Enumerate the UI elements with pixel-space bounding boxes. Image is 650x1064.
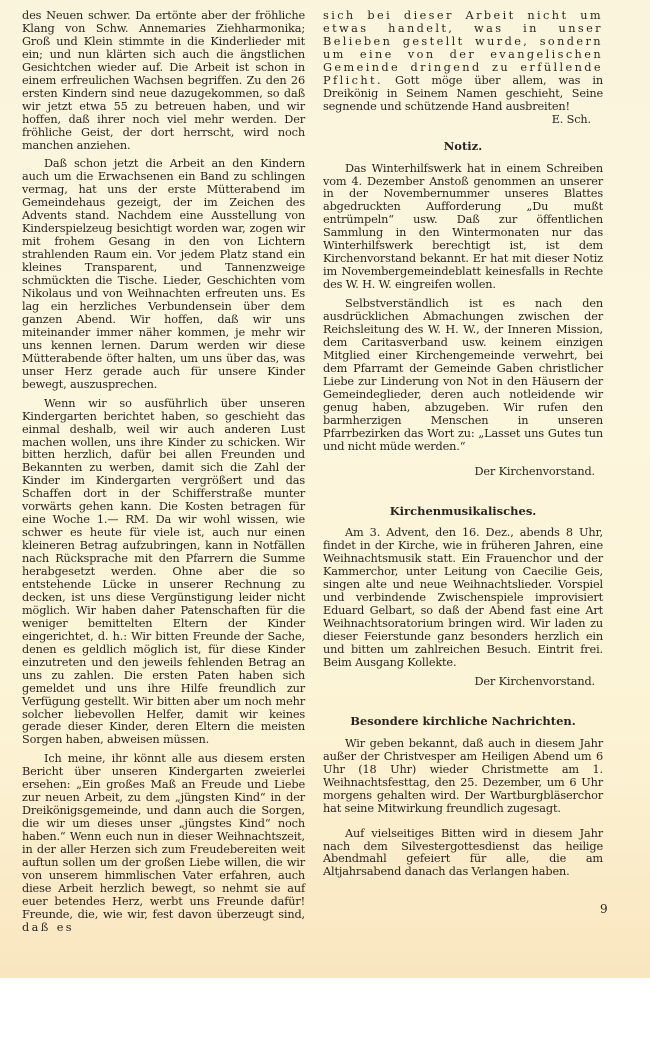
author-signature: E. Sch. (552, 114, 603, 127)
paragraph-kindergarten-costs: Wenn wir so ausführlich über unseren Kin… (22, 398, 305, 748)
left-column: des Neuen schwer. Da ertönte aber der fr… (22, 10, 305, 935)
section-heading: Kirchenmusikalisches. (323, 505, 603, 518)
paragraph-continuation: sich bei dieser Arbeit nicht um etwas ha… (323, 10, 603, 114)
section-paragraph: Selbstverständlich ist es nach den ausdr… (323, 298, 603, 453)
section-notiz: Notiz. Das Winterhilfswerk hat in einem … (323, 140, 603, 479)
appeal-text: Ich meine, ihr könnt alle aus diesem ers… (22, 752, 305, 920)
section-heading: Besondere kirchliche Nachrichten. (323, 715, 603, 728)
paragraph-appeal: Ich meine, ihr könnt alle aus diesem ers… (22, 753, 305, 934)
newsletter-page: des Neuen schwer. Da ertönte aber der fr… (0, 0, 650, 978)
section-kirchenmusik: Kirchenmusikalisches. Am 3. Advent, den … (323, 505, 603, 689)
section-signature: Der Kirchenvorstand. (323, 466, 603, 479)
right-column: sich bei dieser Arbeit nicht um etwas ha… (323, 10, 603, 879)
paragraph-muetterabend: Daß schon jetzt die Arbeit an den Kinder… (22, 158, 305, 391)
section-paragraph: Wir geben bekannt, daß auch in diesem Ja… (323, 738, 603, 816)
section-paragraph: Auf vielseitiges Bitten wird in diesem J… (323, 828, 603, 880)
appeal-spaced-tail: daß es (22, 921, 74, 934)
section-signature: Der Kirchenvorstand. (323, 676, 603, 689)
section-nachrichten: Besondere kirchliche Nachrichten. Wir ge… (323, 715, 603, 879)
section-paragraph: Am 3. Advent, den 16. Dez., abends 8 Uhr… (323, 527, 603, 669)
page-number: 9 (600, 902, 608, 916)
section-paragraph: Das Winterhilfswerk hat in einem Schreib… (323, 163, 603, 293)
section-heading: Notiz. (323, 140, 603, 153)
paragraph-kindergarten-opening: des Neuen schwer. Da ertönte aber der fr… (22, 10, 305, 152)
